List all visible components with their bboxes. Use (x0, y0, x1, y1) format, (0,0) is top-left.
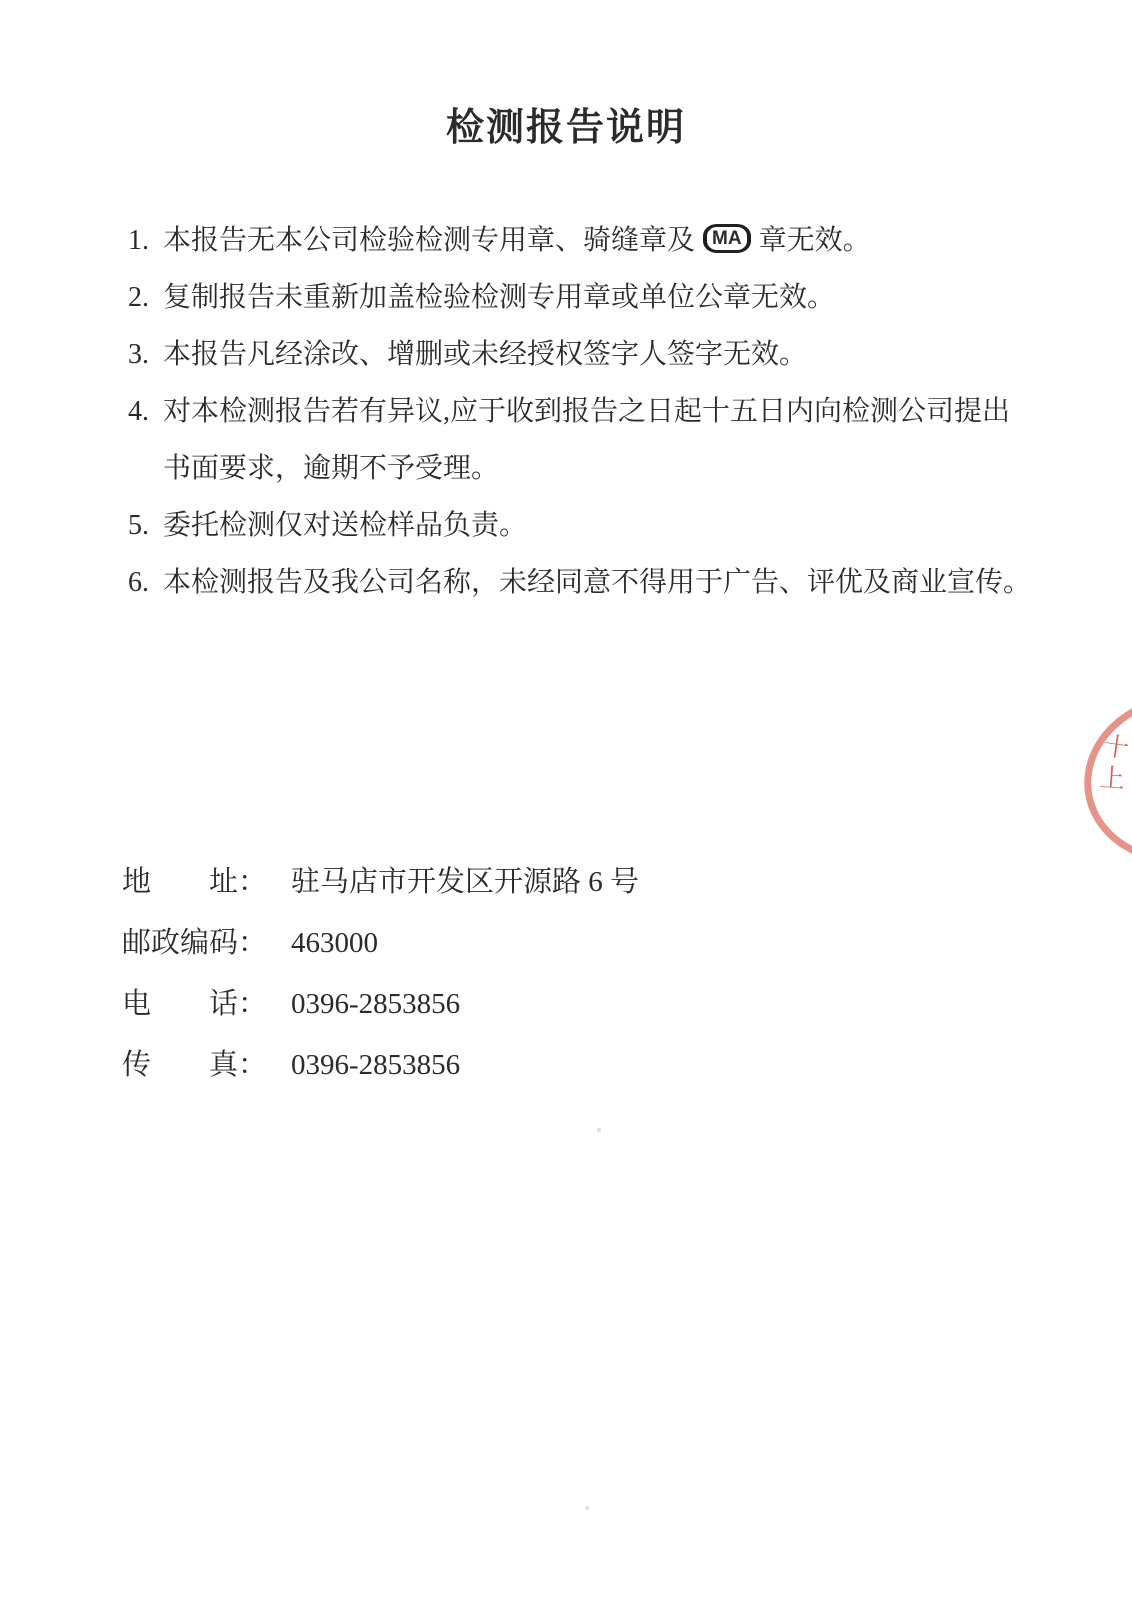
list-item: 5. 委托检测仅对送检样品负责。 (128, 508, 1072, 544)
contact-label: 地址 (122, 863, 238, 901)
list-item: 4. 对本检测报告若有异议,应于收到报告之日起十五日内向检测公司提出 书面要求，… (128, 394, 1072, 487)
contact-colon: ： (238, 927, 267, 959)
contact-row: 电话：0396-2853856 (122, 985, 1132, 1023)
note-text: 委托检测仅对送检样品负责。 (163, 508, 1072, 544)
contact-value: 0396-2853856 (291, 1049, 460, 1081)
contact-row: 邮政编码：463000 (122, 924, 1132, 962)
note-text-line: 对本检测报告若有异议,应于收到报告之日起十五日内向检测公司提出 (163, 394, 1072, 430)
contact-row: 地址：驻马店市开发区开源路 6 号 (122, 863, 1132, 901)
scan-speck (585, 1506, 589, 1510)
contact-colon: ： (238, 1049, 267, 1081)
seal-fragment: 上 (1098, 765, 1126, 793)
cma-mark-icon: MA (703, 224, 751, 253)
contact-row: 传真：0396-2853856 (122, 1046, 1132, 1084)
contact-label: 邮政编码 (122, 924, 238, 962)
notes-list: 1. 本报告无本公司检验检测专用章、骑缝章及MA章无效。 2. 复制报告未重新加… (0, 223, 1132, 601)
note-text: 复制报告未重新加盖检验检测专用章或单位公章无效。 (163, 280, 1072, 316)
note-number: 5. (128, 508, 163, 544)
list-item: 1. 本报告无本公司检验检测专用章、骑缝章及MA章无效。 (128, 223, 1072, 259)
note-number: 6. (128, 565, 163, 601)
note-text: 本检测报告及我公司名称，未经同意不得用于广告、评优及商业宣传。 (163, 565, 1072, 601)
list-item: 3. 本报告凡经涂改、增删或未经授权签字人签字无效。 (128, 337, 1072, 373)
note-text: 本报告凡经涂改、增删或未经授权签字人签字无效。 (163, 337, 1072, 373)
contact-block: 地址：驻马店市开发区开源路 6 号 邮政编码：463000 电话：0396-28… (122, 863, 1132, 1084)
contact-colon: ： (238, 988, 267, 1020)
note-text: 本报告无本公司检验检测专用章、骑缝章及MA章无效。 (163, 223, 1072, 259)
note-text-line: 书面要求，逾期不予受理。 (163, 451, 1072, 487)
note-text-segment: 本报告无本公司检验检测专用章、骑缝章及 (163, 225, 695, 256)
note-text: 对本检测报告若有异议,应于收到报告之日起十五日内向检测公司提出 书面要求，逾期不… (163, 394, 1072, 487)
note-text-segment: 章无效。 (759, 225, 871, 256)
note-number: 3. (128, 337, 163, 373)
contact-label: 传真 (122, 1046, 238, 1084)
contact-value: 驻马店市开发区开源路 6 号 (291, 866, 639, 898)
list-item: 6. 本检测报告及我公司名称，未经同意不得用于广告、评优及商业宣传。 (128, 565, 1072, 601)
scan-speck (597, 1128, 601, 1132)
contact-colon: ： (238, 866, 267, 898)
seal-fragment: 十 (1101, 733, 1130, 762)
page-title: 检测报告说明 (0, 106, 1132, 150)
note-number: 1. (128, 223, 163, 259)
contact-value: 0396-2853856 (291, 988, 460, 1020)
note-number: 2. (128, 280, 163, 316)
list-item: 2. 复制报告未重新加盖检验检测专用章或单位公章无效。 (128, 280, 1072, 316)
note-number: 4. (128, 394, 163, 487)
document-page: 检测报告说明 1. 本报告无本公司检验检测专用章、骑缝章及MA章无效。 2. 复… (0, 0, 1132, 1600)
contact-value: 463000 (291, 927, 378, 959)
contact-label: 电话 (122, 985, 238, 1023)
